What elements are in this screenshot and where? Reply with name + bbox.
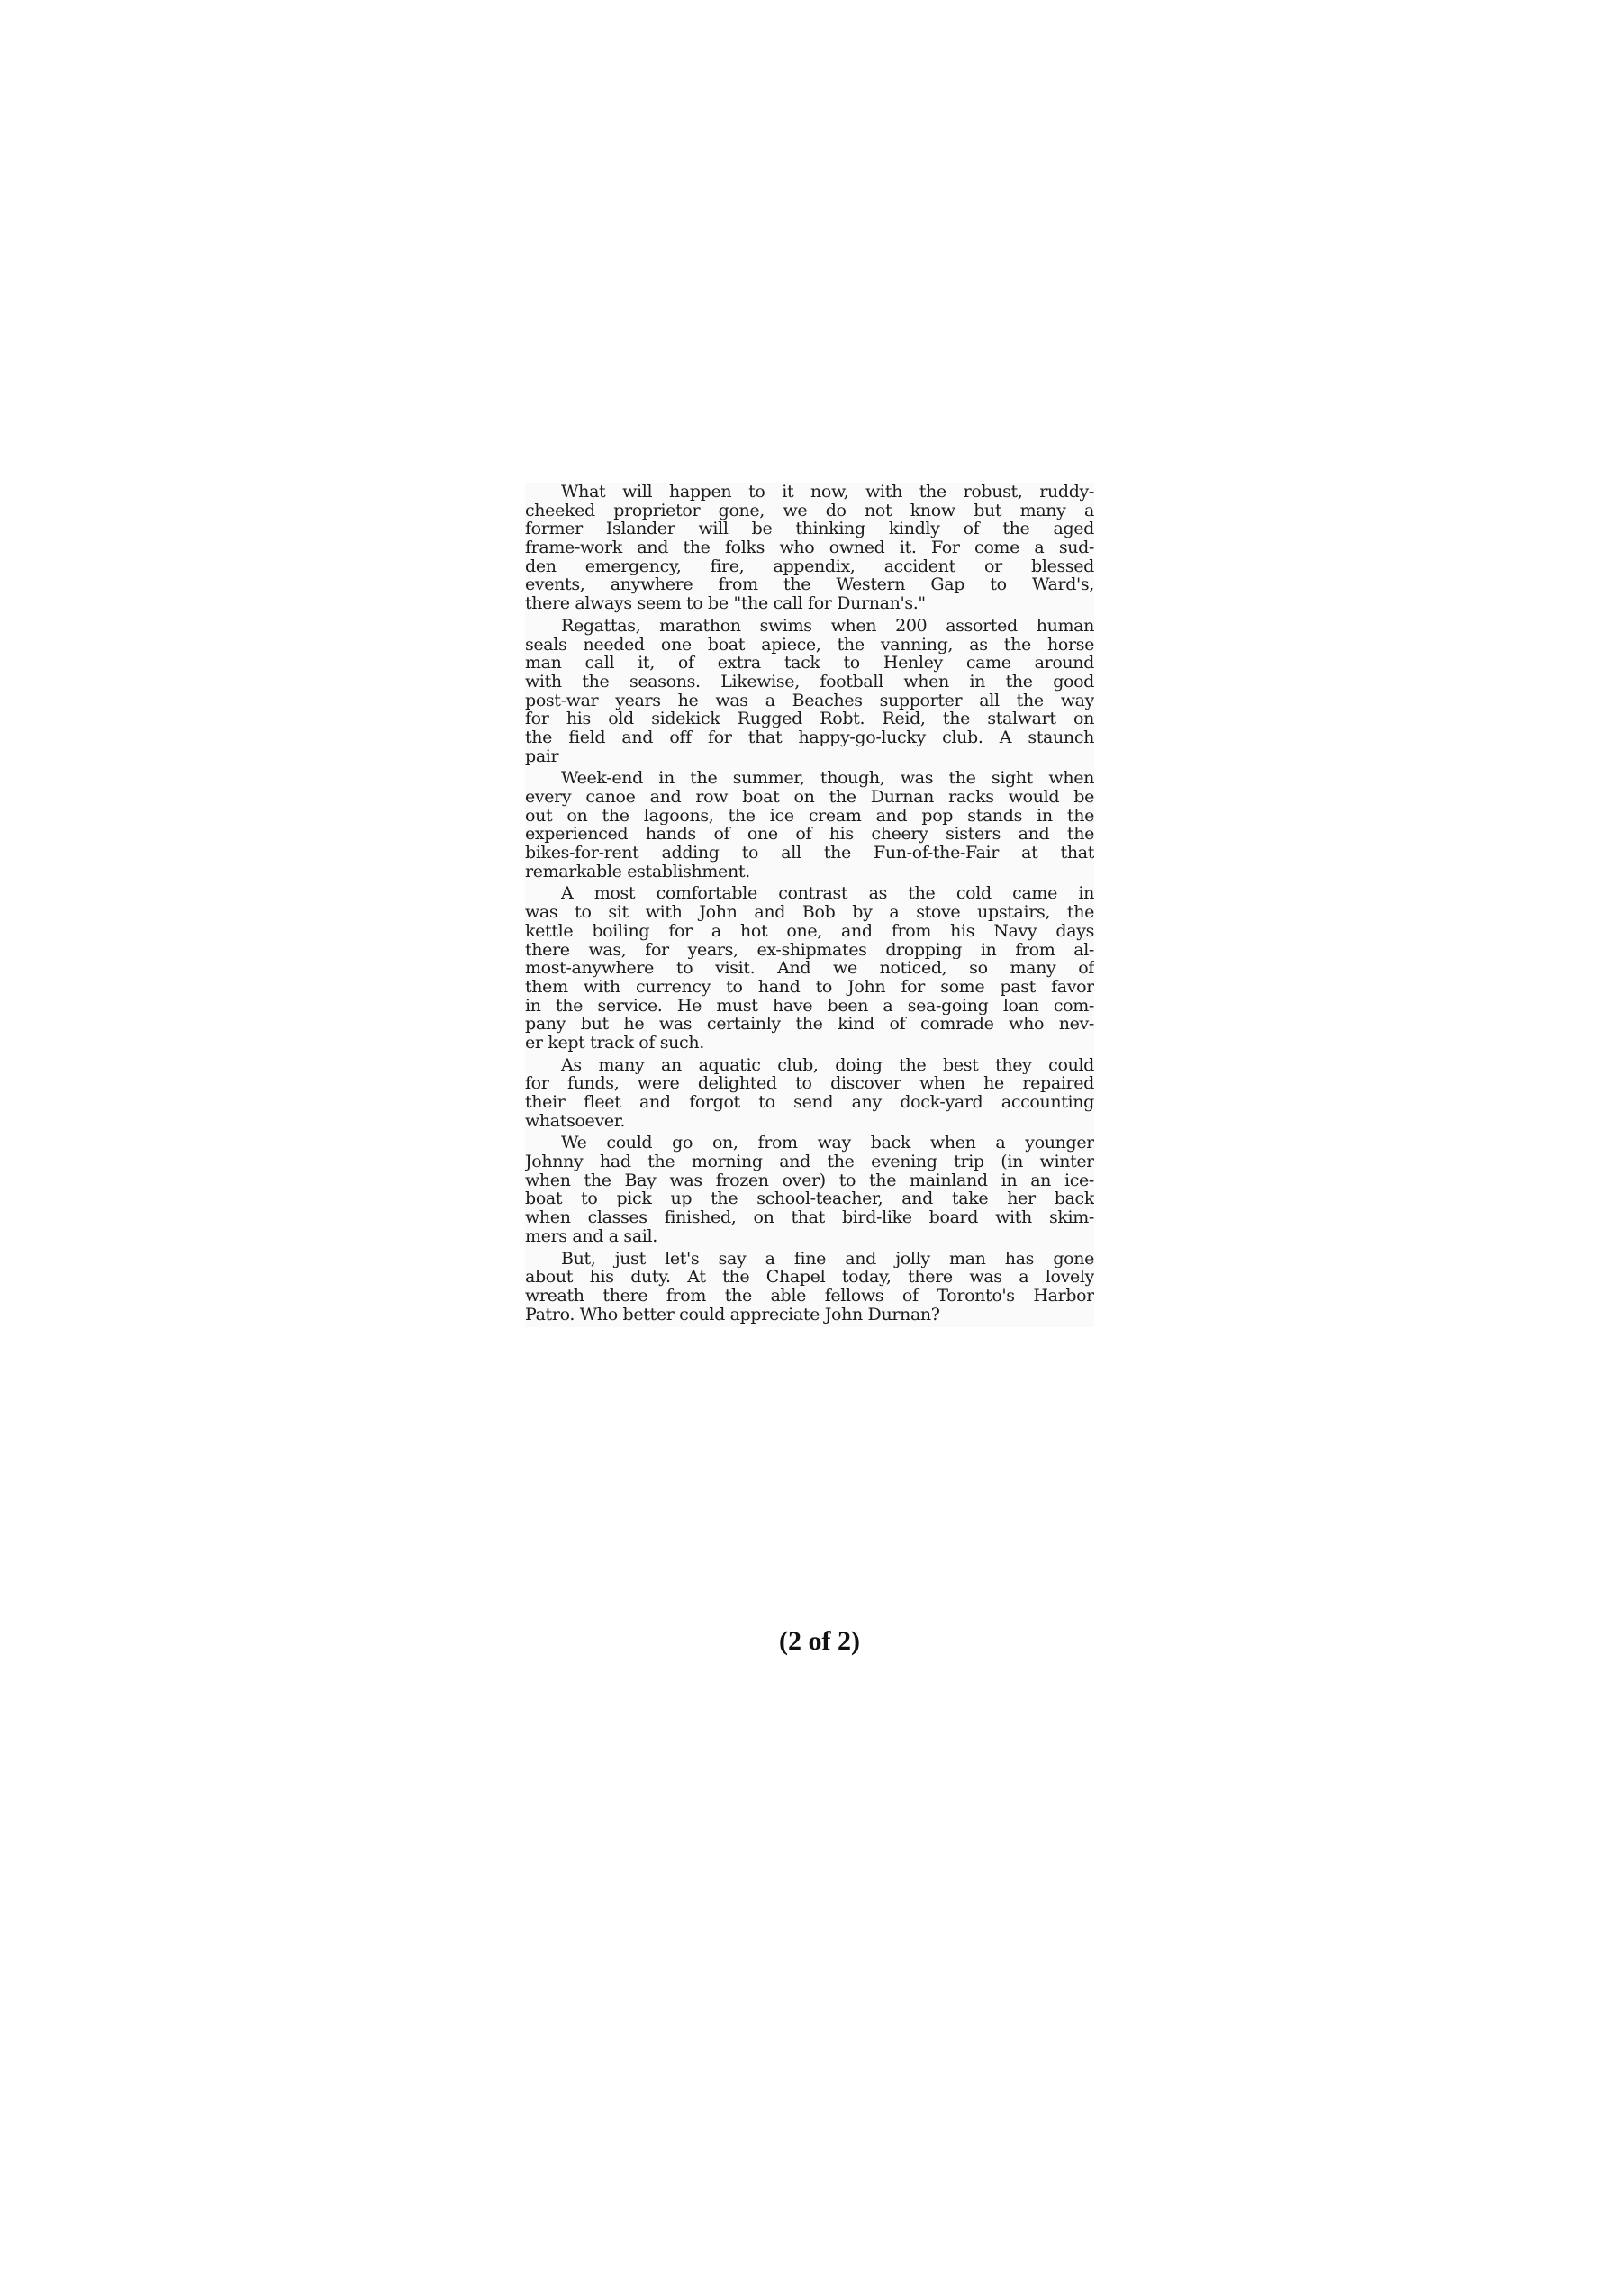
article-line: We could go on, from way back when a you… xyxy=(525,1134,1094,1153)
article-paragraph: As many an aquatic club, doing the best … xyxy=(525,1056,1094,1131)
article-line: every canoe and row boat on the Durnan r… xyxy=(525,788,1094,807)
article-line: about his duty. At the Chapel today, the… xyxy=(525,1268,1094,1287)
article-paragraph: What will happen to it now, with the rob… xyxy=(525,483,1094,613)
article-line: boat to pick up the school-teacher, and … xyxy=(525,1189,1094,1208)
article-line: mers and a sail. xyxy=(525,1227,1094,1246)
article-paragraph: Regattas, marathon swims when 200 assort… xyxy=(525,617,1094,766)
article-line: former Islander will be thinking kindly … xyxy=(525,520,1094,538)
article-line: seals needed one boat apiece, the vannin… xyxy=(525,636,1094,655)
page-indicator: (2 of 2) xyxy=(0,1626,1621,1657)
article-paragraph: A most comfortable contrast as the cold … xyxy=(525,884,1094,1052)
article-line: when the Bay was frozen over) to the mai… xyxy=(525,1171,1094,1190)
article-line: man call it, of extra tack to Henley cam… xyxy=(525,654,1094,673)
article-line: What will happen to it now, with the rob… xyxy=(525,483,1094,502)
article-line: frame-work and the folks who owned it. F… xyxy=(525,538,1094,557)
article-line: wreath there from the able fellows of To… xyxy=(525,1287,1094,1306)
article-line: for funds, were delighted to discover wh… xyxy=(525,1074,1094,1093)
article-line: there always seem to be "the call for Du… xyxy=(525,594,1094,613)
article-line: the field and off for that happy-go-luck… xyxy=(525,728,1094,747)
article-line: out on the lagoons, the ice cream and po… xyxy=(525,807,1094,826)
article-line: events, anywhere from the Western Gap to… xyxy=(525,575,1094,594)
article-paragraph: We could go on, from way back when a you… xyxy=(525,1134,1094,1245)
article-line: bikes-for-rent adding to all the Fun-of-… xyxy=(525,844,1094,863)
article-line: post-war years he was a Beaches supporte… xyxy=(525,692,1094,710)
article-line: most-anywhere to visit. And we noticed, … xyxy=(525,959,1094,978)
article-line: for his old sidekick Rugged Robt. Reid, … xyxy=(525,710,1094,728)
article-line: was to sit with John and Bob by a stove … xyxy=(525,903,1094,922)
article-line: pair xyxy=(525,747,1094,766)
article-line: there was, for years, ex-shipmates dropp… xyxy=(525,941,1094,960)
article-line: their fleet and forgot to send any dock-… xyxy=(525,1093,1094,1112)
article-line: A most comfortable contrast as the cold … xyxy=(525,884,1094,903)
article-paragraph: But, just let's say a fine and jolly man… xyxy=(525,1250,1094,1324)
article-line: Week-end in the summer, though, was the … xyxy=(525,769,1094,788)
article-line: experienced hands of one of his cheery s… xyxy=(525,825,1094,844)
article-line: cheeked proprietor gone, we do not know … xyxy=(525,502,1094,520)
article-line: Johnny had the morning and the evening t… xyxy=(525,1153,1094,1171)
article-line: kettle boiling for a hot one, and from h… xyxy=(525,922,1094,941)
article-line: den emergency, fire, appendix, accident … xyxy=(525,557,1094,576)
article-line: er kept track of such. xyxy=(525,1034,1094,1053)
article-line: them with currency to hand to John for s… xyxy=(525,978,1094,997)
article-line: pany but he was certainly the kind of co… xyxy=(525,1015,1094,1034)
newspaper-clipping: What will happen to it now, with the rob… xyxy=(525,483,1094,1327)
article-line: in the service. He must have been a sea-… xyxy=(525,997,1094,1016)
article-line: remarkable establishment. xyxy=(525,863,1094,881)
article-line: But, just let's say a fine and jolly man… xyxy=(525,1250,1094,1269)
article-line: when classes finished, on that bird-like… xyxy=(525,1208,1094,1227)
article-line: Patro. Who better could appreciate John … xyxy=(525,1306,1094,1324)
article-line: with the seasons. Likewise, football whe… xyxy=(525,673,1094,692)
article-paragraph: Week-end in the summer, though, was the … xyxy=(525,769,1094,881)
article-line: Regattas, marathon swims when 200 assort… xyxy=(525,617,1094,636)
article-line: As many an aquatic club, doing the best … xyxy=(525,1056,1094,1075)
article-line: whatsoever. xyxy=(525,1112,1094,1131)
